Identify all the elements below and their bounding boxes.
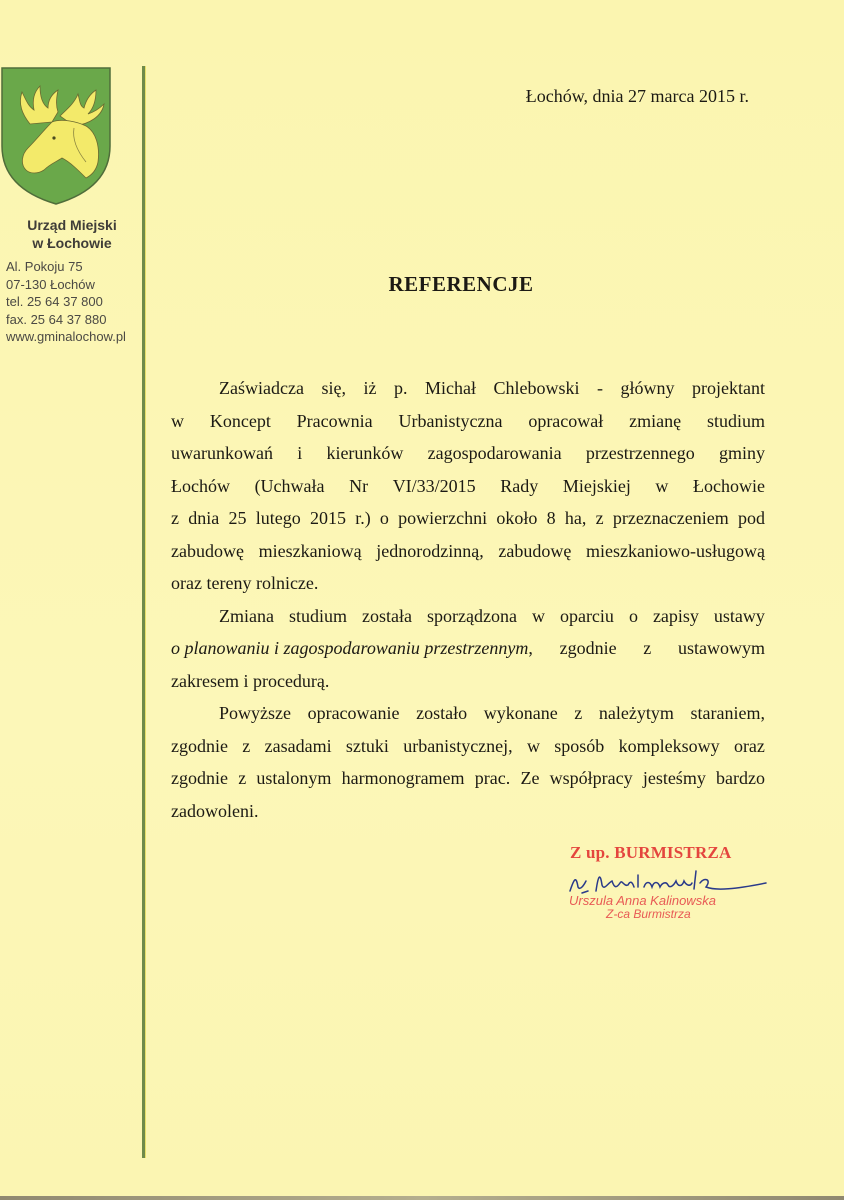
document-title: REFERENCJE [0,272,844,297]
body-line: o planowaniu i zagospodarowaniu przestrz… [171,632,765,665]
body-line: Powyższeopracowaniezostałowykonaneznależ… [171,697,765,730]
body-line: wKonceptPracowniaUrbanistycznaopracowałz… [171,405,765,438]
body-line: zadowoleni. [171,795,765,828]
body-line: zabudowę mieszkaniową jednorodzinną, zab… [171,535,765,568]
signatory-name: Urszula Anna Kalinowska [569,893,716,908]
body-line: uwarunkowańikierunkówzagospodarowaniaprz… [171,437,765,470]
letterhead-divider [142,66,145,1158]
signature-stamp: Z up. BURMISTRZA Urszula Anna Kalinowska… [570,843,790,863]
stamp-title: Z up. BURMISTRZA [570,843,790,863]
office-name-line2: w Łochowie [6,234,138,252]
website-link: www.gminalochow.pl [6,328,138,346]
body-line: Zmianastudiumzostałasporządzonawoparciuo… [171,600,765,633]
body-line: z dnia 25 lutego 2015 r.) o powierzchni … [171,502,765,535]
moose-crest-icon [0,66,112,206]
body-line: oraz tereny rolnicze. [171,567,765,600]
body-line: zakresem i procedurą. [171,665,765,698]
scan-bottom-edge [0,1196,844,1200]
fax-number: fax. 25 64 37 880 [6,311,138,329]
letter-body: Zaświadczasię,iżp.MichałChlebowski-główn… [171,372,765,827]
body-line: Zaświadczasię,iżp.MichałChlebowski-główn… [171,372,765,405]
office-name-line1: Urząd Miejski [6,216,138,234]
letter-date: Łochów, dnia 27 marca 2015 r. [526,86,749,107]
office-name: Urząd Miejski w Łochowie [6,216,138,252]
signatory-role: Z-ca Burmistrza [606,907,691,921]
body-line: Łochów(UchwałaNrVI/33/2015RadyMiejskiejw… [171,470,765,503]
body-line: zgodniezzasadamisztukiurbanistycznej,wsp… [171,730,765,763]
body-line: zgodnie z ustalonym harmonogramem prac. … [171,762,765,795]
